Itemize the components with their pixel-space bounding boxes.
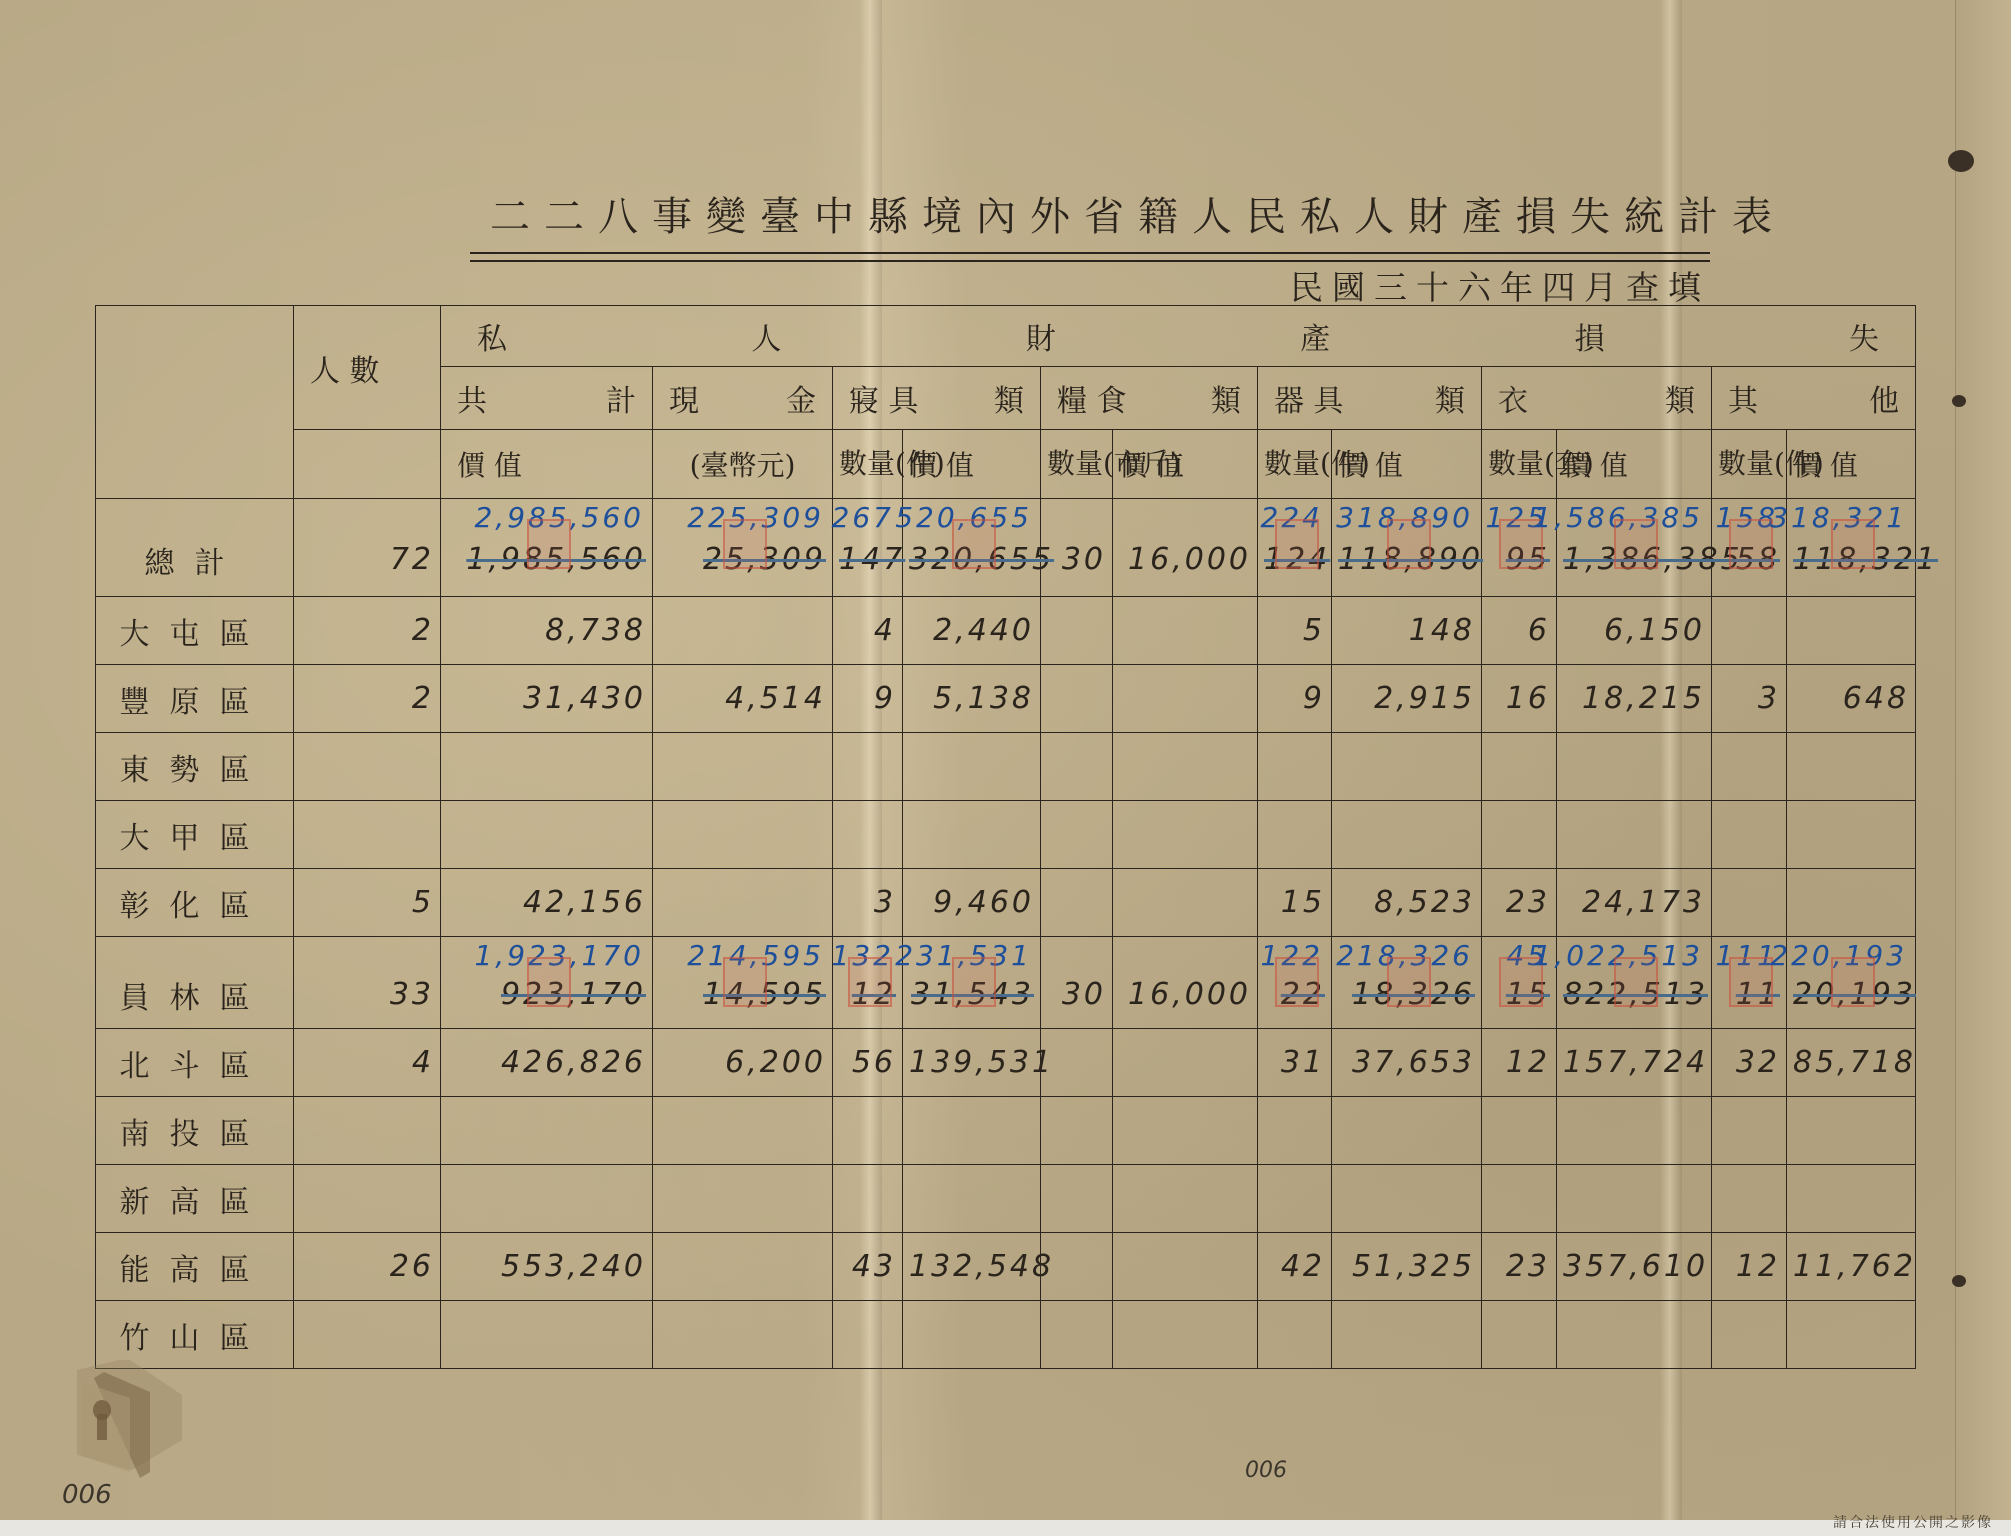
- district-name: 東勢區: [96, 733, 294, 801]
- district-name: 彰化區: [96, 869, 294, 937]
- bedding-value: 2,440: [903, 597, 1041, 665]
- total-value: 31,430: [441, 665, 653, 733]
- seal-stamp-icon: [723, 519, 767, 569]
- bedding-value: [903, 1165, 1041, 1233]
- clothing-value: 357,610: [1557, 1233, 1712, 1301]
- bedding-qty: 43: [833, 1233, 903, 1301]
- bedding-qty: [833, 1097, 903, 1165]
- group-label-char: 損: [1575, 314, 1605, 358]
- district-name: 大屯區: [96, 597, 294, 665]
- clothing-value: 18,215: [1557, 665, 1712, 733]
- district-name: 員林區: [96, 937, 294, 1029]
- total-value: [441, 733, 653, 801]
- other-value: 220,19320,193: [1787, 937, 1916, 1029]
- utensils-qty: [1258, 1165, 1332, 1233]
- seal-stamp-icon: [952, 957, 996, 1007]
- original-value: 923,170: [501, 977, 646, 1012]
- grain-value: [1113, 801, 1258, 869]
- utensils-qty: 9: [1258, 665, 1332, 733]
- header-bedding: 寢 具類: [833, 367, 1041, 430]
- header-group-row: 人 數 私 人 財 產 損 失: [96, 306, 1916, 367]
- grain-value: [1113, 597, 1258, 665]
- table-row: 大屯區 2 8,738 4 2,440 5 148 6 6,150: [96, 597, 1916, 665]
- grain-qty: [1041, 869, 1113, 937]
- other-qty: [1712, 1097, 1787, 1165]
- other-value: 11,762: [1787, 1233, 1916, 1301]
- clothing-value: [1557, 1301, 1712, 1369]
- header-label: 器 具: [1274, 376, 1344, 420]
- other-qty: [1712, 1165, 1787, 1233]
- seal-stamp-icon: [1387, 957, 1431, 1007]
- grain-qty: [1041, 665, 1113, 733]
- bedding-value: 9,460: [903, 869, 1041, 937]
- header-total: 共計: [441, 367, 653, 430]
- other-qty-label: 數量(件): [1712, 430, 1787, 499]
- district-header-cell: [96, 306, 294, 499]
- utensils-value: [1332, 1301, 1482, 1369]
- bedding-value: [903, 733, 1041, 801]
- total-value-label: 價 值: [441, 430, 653, 499]
- utensils-value: 8,523: [1332, 869, 1482, 937]
- grain-value: [1113, 1233, 1258, 1301]
- other-value: [1787, 1165, 1916, 1233]
- header-label: 糧 食: [1057, 376, 1127, 420]
- utensils-value: 37,653: [1332, 1029, 1482, 1097]
- total-value: 553,240: [441, 1233, 653, 1301]
- grain-value: [1113, 1301, 1258, 1369]
- scan-edge: [0, 1520, 2011, 1536]
- total-value: [441, 1301, 653, 1369]
- header-label: 類: [1211, 376, 1241, 420]
- header-label: (臺幣元): [690, 444, 796, 484]
- other-value: [1787, 733, 1916, 801]
- district-name: 北斗區: [96, 1029, 294, 1097]
- utensils-value: 2,915: [1332, 665, 1482, 733]
- page-number-left: 006: [62, 1480, 112, 1510]
- people-count: 4: [294, 1029, 441, 1097]
- clothing-qty: [1482, 1301, 1557, 1369]
- header-label: 類: [1665, 376, 1695, 420]
- binding-hole: [1952, 395, 1966, 407]
- grain-value: [1113, 1097, 1258, 1165]
- utensils-qty-label: 數量(件): [1258, 430, 1332, 499]
- bedding-qty: 9: [833, 665, 903, 733]
- seal-stamp-icon: [1831, 957, 1875, 1007]
- table-row: 豐原區 2 31,430 4,514 9 5,138 9 2,915 16 18…: [96, 665, 1916, 733]
- header-cash: 現金: [653, 367, 833, 430]
- clothing-qty: 6: [1482, 597, 1557, 665]
- header-label: 他: [1869, 376, 1899, 420]
- header-label: 計: [606, 376, 636, 420]
- grain-value: [1113, 665, 1258, 733]
- clothing-value: [1557, 733, 1712, 801]
- bedding-qty: [833, 1301, 903, 1369]
- utensils-qty: [1258, 733, 1332, 801]
- cash-value: [653, 1097, 833, 1165]
- clothing-value: [1557, 801, 1712, 869]
- grain-value: 16,000: [1113, 499, 1258, 597]
- seal-stamp-icon: [723, 957, 767, 1007]
- seal-stamp-icon: [1275, 519, 1319, 569]
- binding-flap: [1955, 0, 2011, 1536]
- utensils-value: 318,890118,890: [1332, 499, 1482, 597]
- bedding-value: 231,53131,543: [903, 937, 1041, 1029]
- corrected-value: 267: [832, 501, 894, 534]
- district-name: 總計: [96, 499, 294, 597]
- header-label: 現: [669, 376, 699, 420]
- other-qty: [1712, 869, 1787, 937]
- other-qty: [1712, 597, 1787, 665]
- clothing-value: 6,150: [1557, 597, 1712, 665]
- bedding-qty: 267147: [833, 499, 903, 597]
- other-value: [1787, 1301, 1916, 1369]
- clothing-value: 24,173: [1557, 869, 1712, 937]
- people-count-label: 人 數: [310, 346, 380, 390]
- binding-hole: [1948, 150, 1974, 172]
- utensils-qty: [1258, 1097, 1332, 1165]
- total-value: 426,826: [441, 1029, 653, 1097]
- clothing-qty: 23: [1482, 869, 1557, 937]
- table-row-yuanlin: 員林區 33 1,923,170923,170 214,59514,595 13…: [96, 937, 1916, 1029]
- other-qty: 3: [1712, 665, 1787, 733]
- utensils-value: 218,32618,326: [1332, 937, 1482, 1029]
- grain-qty: [1041, 1029, 1113, 1097]
- clothing-value: [1557, 1097, 1712, 1165]
- private-property-loss-header: 私 人 財 產 損 失: [441, 306, 1916, 367]
- grain-qty: [1041, 1097, 1113, 1165]
- other-value: 318,321118,321: [1787, 499, 1916, 597]
- seal-stamp-icon: [527, 957, 571, 1007]
- grain-value: [1113, 733, 1258, 801]
- cash-value: [653, 597, 833, 665]
- utensils-value: 51,325: [1332, 1233, 1482, 1301]
- table-row: 新高區: [96, 1165, 1916, 1233]
- cash-value: 4,514: [653, 665, 833, 733]
- total-value: 1,923,170923,170: [441, 937, 653, 1029]
- other-value: [1787, 801, 1916, 869]
- district-name: 豐原區: [96, 665, 294, 733]
- cash-value: 214,59514,595: [653, 937, 833, 1029]
- cash-unit-label: (臺幣元): [653, 430, 833, 499]
- grain-qty: 30: [1041, 499, 1113, 597]
- header-other: 其他: [1712, 367, 1916, 430]
- cash-value: [653, 801, 833, 869]
- other-value-label: 價 值: [1787, 430, 1916, 499]
- district-name: 能高區: [96, 1233, 294, 1301]
- seal-stamp-icon: [1729, 957, 1773, 1007]
- cash-value: [653, 869, 833, 937]
- people-count: 2: [294, 597, 441, 665]
- bedding-qty: [833, 733, 903, 801]
- bedding-value: 5,138: [903, 665, 1041, 733]
- header-clothing: 衣類: [1482, 367, 1712, 430]
- seal-stamp-icon: [1729, 519, 1773, 569]
- seal-stamp-icon: [1614, 957, 1658, 1007]
- clothing-qty: 12: [1482, 1029, 1557, 1097]
- clothing-value: 1,586,3851,386,385: [1557, 499, 1712, 597]
- utensils-value: [1332, 801, 1482, 869]
- table-row: 能高區 26 553,240 43 132,548 42 51,325 23 3…: [96, 1233, 1916, 1301]
- table-row: 竹山區: [96, 1301, 1916, 1369]
- table-row-grand-total: 總計 72 2,985,5601,985,560 225,30925,309 2…: [96, 499, 1916, 597]
- people-count-unit-cell: [294, 430, 441, 499]
- date-filled: 民國三十六年四月查填: [1290, 262, 1710, 309]
- people-count: 26: [294, 1233, 441, 1301]
- cash-value: [653, 1233, 833, 1301]
- seal-stamp-icon: [527, 519, 571, 569]
- people-count-header: 人 數: [294, 306, 441, 430]
- utensils-qty: 12222: [1258, 937, 1332, 1029]
- header-label: 類: [994, 376, 1024, 420]
- utensils-qty: [1258, 1301, 1332, 1369]
- archive-book-keyhole-icon: [72, 1360, 182, 1480]
- clothing-qty: [1482, 801, 1557, 869]
- table-row: 東勢區: [96, 733, 1916, 801]
- grain-value: [1113, 1165, 1258, 1233]
- title-underline: [470, 252, 1710, 254]
- utensils-value: 148: [1332, 597, 1482, 665]
- copyright-notice: 請合法使用公開之影像: [1833, 1512, 1993, 1532]
- utensils-qty: 42: [1258, 1233, 1332, 1301]
- seal-stamp-icon: [1275, 957, 1319, 1007]
- utensils-qty: 5: [1258, 597, 1332, 665]
- grain-qty: [1041, 801, 1113, 869]
- people-count: 5: [294, 869, 441, 937]
- clothing-qty: [1482, 1165, 1557, 1233]
- people-count: [294, 1097, 441, 1165]
- district-name: 南投區: [96, 1097, 294, 1165]
- seal-stamp-icon: [848, 957, 892, 1007]
- cash-value: [653, 1301, 833, 1369]
- utensils-value-label: 價 值: [1332, 430, 1482, 499]
- cash-value: [653, 733, 833, 801]
- seal-stamp-icon: [1614, 519, 1658, 569]
- cash-value: 6,200: [653, 1029, 833, 1097]
- original-value: 147: [839, 542, 905, 577]
- page-number-center: 006: [1245, 1458, 1287, 1483]
- bedding-value: 520,655320,655: [903, 499, 1041, 597]
- other-value: 648: [1787, 665, 1916, 733]
- header-label: 價 值: [457, 444, 522, 484]
- utensils-qty: 224124: [1258, 499, 1332, 597]
- cash-value: [653, 1165, 833, 1233]
- cash-value: 225,30925,309: [653, 499, 833, 597]
- people-count: [294, 733, 441, 801]
- total-value: 42,156: [441, 869, 653, 937]
- bedding-qty: 13212: [833, 937, 903, 1029]
- header-label: 寢 具: [849, 376, 919, 420]
- other-value: [1787, 1097, 1916, 1165]
- group-label-char: 產: [1300, 314, 1330, 358]
- bedding-value: 139,531: [903, 1029, 1041, 1097]
- bedding-qty: 56: [833, 1029, 903, 1097]
- table-row: 彰化區 5 42,156 3 9,460 15 8,523 23 24,173: [96, 869, 1916, 937]
- people-count: [294, 1301, 441, 1369]
- header-label: 共: [457, 376, 487, 420]
- district-name: 大甲區: [96, 801, 294, 869]
- bedding-qty: [833, 801, 903, 869]
- people-count: 2: [294, 665, 441, 733]
- total-value: 8,738: [441, 597, 653, 665]
- grain-value-label: 價 值: [1113, 430, 1258, 499]
- utensils-qty: 15: [1258, 869, 1332, 937]
- total-value: [441, 801, 653, 869]
- header-label: 類: [1435, 376, 1465, 420]
- header-label: 金: [786, 376, 816, 420]
- table-row: 南投區: [96, 1097, 1916, 1165]
- other-qty: 32: [1712, 1029, 1787, 1097]
- header-unit-row: 價 值 (臺幣元) 數量(件) 價 值 數量(市斤) 價 值 數量(件) 價 值…: [96, 430, 1916, 499]
- district-name: 竹山區: [96, 1301, 294, 1369]
- header-label: 其: [1728, 376, 1758, 420]
- header-label: 衣: [1498, 376, 1528, 420]
- grain-qty-label: 數量(市斤): [1041, 430, 1113, 499]
- clothing-qty-label: 數量(套): [1482, 430, 1557, 499]
- other-qty: [1712, 801, 1787, 869]
- seal-stamp-icon: [1387, 519, 1431, 569]
- bedding-qty: [833, 1165, 903, 1233]
- table-row: 大甲區: [96, 801, 1916, 869]
- bedding-value: [903, 1097, 1041, 1165]
- group-label-char: 財: [1026, 314, 1056, 358]
- bedding-value: [903, 801, 1041, 869]
- bedding-qty: 3: [833, 869, 903, 937]
- clothing-qty: 23: [1482, 1233, 1557, 1301]
- clothing-value-label: 價 值: [1557, 430, 1712, 499]
- grain-value: [1113, 1029, 1258, 1097]
- clothing-value: 1,022,513822,513: [1557, 937, 1712, 1029]
- people-count: 33: [294, 937, 441, 1029]
- total-value: 2,985,5601,985,560: [441, 499, 653, 597]
- header-grain: 糧 食類: [1041, 367, 1258, 430]
- binding-hole: [1952, 1275, 1966, 1287]
- grain-value: [1113, 869, 1258, 937]
- seal-stamp-icon: [952, 519, 996, 569]
- bedding-value-label: 價 值: [903, 430, 1041, 499]
- total-value: [441, 1165, 653, 1233]
- people-count: 72: [294, 499, 441, 597]
- seal-stamp-icon: [1831, 519, 1875, 569]
- utensils-qty: 31: [1258, 1029, 1332, 1097]
- utensils-value: [1332, 1097, 1482, 1165]
- grain-qty: [1041, 1233, 1113, 1301]
- bedding-value: [903, 1301, 1041, 1369]
- grain-value: 16,000: [1113, 937, 1258, 1029]
- group-label-char: 人: [751, 314, 781, 358]
- utensils-qty: [1258, 801, 1332, 869]
- grain-qty: 30: [1041, 937, 1113, 1029]
- grain-qty: [1041, 1301, 1113, 1369]
- people-count: [294, 801, 441, 869]
- other-value: [1787, 869, 1916, 937]
- loss-statistics-table: 人 數 私 人 財 產 損 失 共計 現金 寢 具類 糧 食類 器 具類 衣類 …: [95, 305, 1916, 1369]
- district-name: 新高區: [96, 1165, 294, 1233]
- people-count: [294, 1165, 441, 1233]
- bedding-qty-label: 數量(件): [833, 430, 903, 499]
- grain-qty: [1041, 733, 1113, 801]
- other-qty: [1712, 733, 1787, 801]
- utensils-value: [1332, 733, 1482, 801]
- total-value: [441, 1097, 653, 1165]
- group-label-char: 失: [1849, 314, 1879, 358]
- other-value: [1787, 597, 1916, 665]
- group-label-char: 私: [477, 314, 507, 358]
- clothing-value: 157,724: [1557, 1029, 1712, 1097]
- clothing-qty: 16: [1482, 665, 1557, 733]
- clothing-value: [1557, 1165, 1712, 1233]
- utensils-value: [1332, 1165, 1482, 1233]
- other-qty: 12: [1712, 1233, 1787, 1301]
- other-value: 85,718: [1787, 1029, 1916, 1097]
- grain-qty: [1041, 597, 1113, 665]
- grain-qty: [1041, 1165, 1113, 1233]
- clothing-qty: [1482, 733, 1557, 801]
- clothing-qty: [1482, 1097, 1557, 1165]
- other-qty: [1712, 1301, 1787, 1369]
- table-row: 北斗區 4 426,826 6,200 56 139,531 31 37,653…: [96, 1029, 1916, 1097]
- document-title: 二二八事變臺中縣境內外省籍人民私人財產損失統計表: [490, 185, 1720, 242]
- bedding-qty: 4: [833, 597, 903, 665]
- bedding-value: 132,548: [903, 1233, 1041, 1301]
- header-utensils: 器 具類: [1258, 367, 1482, 430]
